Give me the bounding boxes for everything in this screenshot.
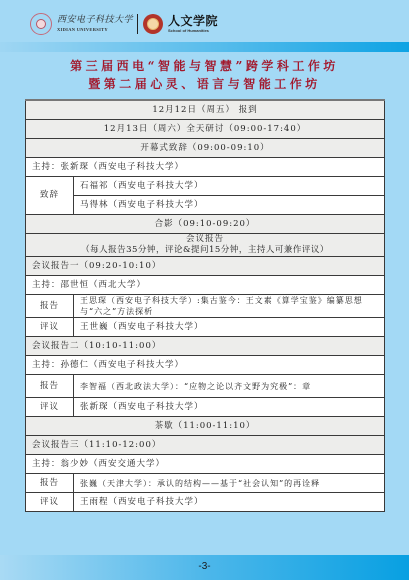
humanities-seal-icon: [143, 14, 163, 34]
break-row: 茶歇（11:00-11:10）: [26, 417, 385, 436]
session3-title: 会议报告三（11:10-12:00）: [26, 436, 385, 455]
page-title-line1: 第三届西电“智能与智慧”跨学科工作坊: [0, 57, 409, 74]
table-row: 12月12日（周五） 报到: [26, 100, 385, 120]
session1-reviewer: 王世巍（西安电子科技大学）: [74, 318, 385, 337]
session2-reviewer: 张新琛（西安电子科技大学）: [74, 398, 385, 417]
table-row: 主持：张新琛（西安电子科技大学）: [26, 158, 385, 177]
session3-reviewer: 王雨程（西安电子科技大学）: [74, 493, 385, 512]
school-name-cn: 人文学院: [168, 15, 218, 27]
table-row: 会议报告二（10:10-11:00）: [26, 337, 385, 356]
opening-host: 主持：张新琛（西安电子科技大学）: [26, 158, 385, 177]
reports-header: 会议报告 （每人报告35分钟，评论&提问15分钟，主持人可兼作评议）: [26, 234, 385, 257]
table-row: 报告 张巍（天津大学）：承认的结构——基于“社会认知”的再诠释: [26, 474, 385, 493]
table-row: 马得林（西安电子科技大学）: [26, 196, 385, 215]
table-row: 评议 王雨程（西安电子科技大学）: [26, 493, 385, 512]
opening-label: 致辞: [26, 177, 74, 215]
opening-speaker-1: 石福祁（西安电子科技大学）: [74, 177, 385, 196]
photo-row: 合影（09:10-09:20）: [26, 215, 385, 234]
day1-row: 12月12日（周五） 报到: [26, 100, 385, 120]
xidian-seal-icon: [30, 13, 52, 35]
session1-host: 主持：邵世恒（西北大学）: [26, 276, 385, 295]
session2-report-label: 报告: [26, 375, 74, 398]
session1-report: 王思琛（西安电子科技大学）:集古鉴今：王文素《算学宝鉴》编纂思想与“六之”方法探…: [74, 295, 385, 318]
session3-report: 张巍（天津大学）：承认的结构——基于“社会认知”的再诠释: [74, 474, 385, 493]
table-row: 会议报告一（09:20-10:10）: [26, 257, 385, 276]
table-row: 主持：孙德仁（西安电子科技大学）: [26, 356, 385, 375]
header-logos: 西安电子科技大学 XIDIAN UNIVERSITY 人文学院 School o…: [30, 10, 218, 38]
session2-title: 会议报告二（10:10-11:00）: [26, 337, 385, 356]
table-row: 12月13日（周六）全天研讨（09:00-17:40）: [26, 120, 385, 139]
table-row: 茶歇（11:00-11:10）: [26, 417, 385, 436]
table-row: 报告 李智福（西北政法大学）：“应物之论以齐文野为究极”：章: [26, 375, 385, 398]
logo-divider: [137, 14, 138, 34]
university-name-cn: 西安电子科技大学: [57, 16, 133, 25]
day2-row: 12月13日（周六）全天研讨（09:00-17:40）: [26, 120, 385, 139]
reports-header-title: 会议报告: [32, 234, 378, 245]
session3-host: 主持：翁少妙（西安交通大学）: [26, 455, 385, 474]
table-row: 会议报告 （每人报告35分钟，评论&提问15分钟，主持人可兼作评议）: [26, 234, 385, 257]
schedule-table: 12月12日（周五） 报到 12月13日（周六）全天研讨（09:00-17:40…: [25, 99, 385, 512]
session3-review-label: 评议: [26, 493, 74, 512]
session1-review-label: 评议: [26, 318, 74, 337]
page-number: -3-: [0, 561, 409, 572]
header-gradient-band: [0, 42, 409, 52]
table-row: 致辞 石福祁（西安电子科技大学）: [26, 177, 385, 196]
session2-review-label: 评议: [26, 398, 74, 417]
session3-report-label: 报告: [26, 474, 74, 493]
table-row: 评议 张新琛（西安电子科技大学）: [26, 398, 385, 417]
table-row: 开幕式致辞（09:00-09:10）: [26, 139, 385, 158]
school-name-en: School of Humanities: [168, 29, 218, 33]
table-row: 主持：翁少妙（西安交通大学）: [26, 455, 385, 474]
opening-title: 开幕式致辞（09:00-09:10）: [26, 139, 385, 158]
page-title-line2: 暨第二届心灵、语言与智能工作坊: [0, 75, 409, 92]
table-row: 会议报告三（11:10-12:00）: [26, 436, 385, 455]
session2-report: 李智福（西北政法大学）：“应物之论以齐文野为究极”：章: [74, 375, 385, 398]
session1-report-label: 报告: [26, 295, 74, 318]
reports-header-note: （每人报告35分钟，评论&提问15分钟，主持人可兼作评议）: [32, 245, 378, 256]
humanities-logo-text: 人文学院 School of Humanities: [168, 15, 218, 33]
table-row: 评议 王世巍（西安电子科技大学）: [26, 318, 385, 337]
university-name-en: XIDIAN UNIVERSITY: [57, 28, 133, 33]
opening-speaker-2: 马得林（西安电子科技大学）: [74, 196, 385, 215]
table-row: 合影（09:10-09:20）: [26, 215, 385, 234]
table-row: 主持：邵世恒（西北大学）: [26, 276, 385, 295]
session1-title: 会议报告一（09:20-10:10）: [26, 257, 385, 276]
session2-host: 主持：孙德仁（西安电子科技大学）: [26, 356, 385, 375]
table-row: 报告 王思琛（西安电子科技大学）:集古鉴今：王文素《算学宝鉴》编纂思想与“六之”…: [26, 295, 385, 318]
xidian-logo-text: 西安电子科技大学 XIDIAN UNIVERSITY: [57, 16, 133, 33]
